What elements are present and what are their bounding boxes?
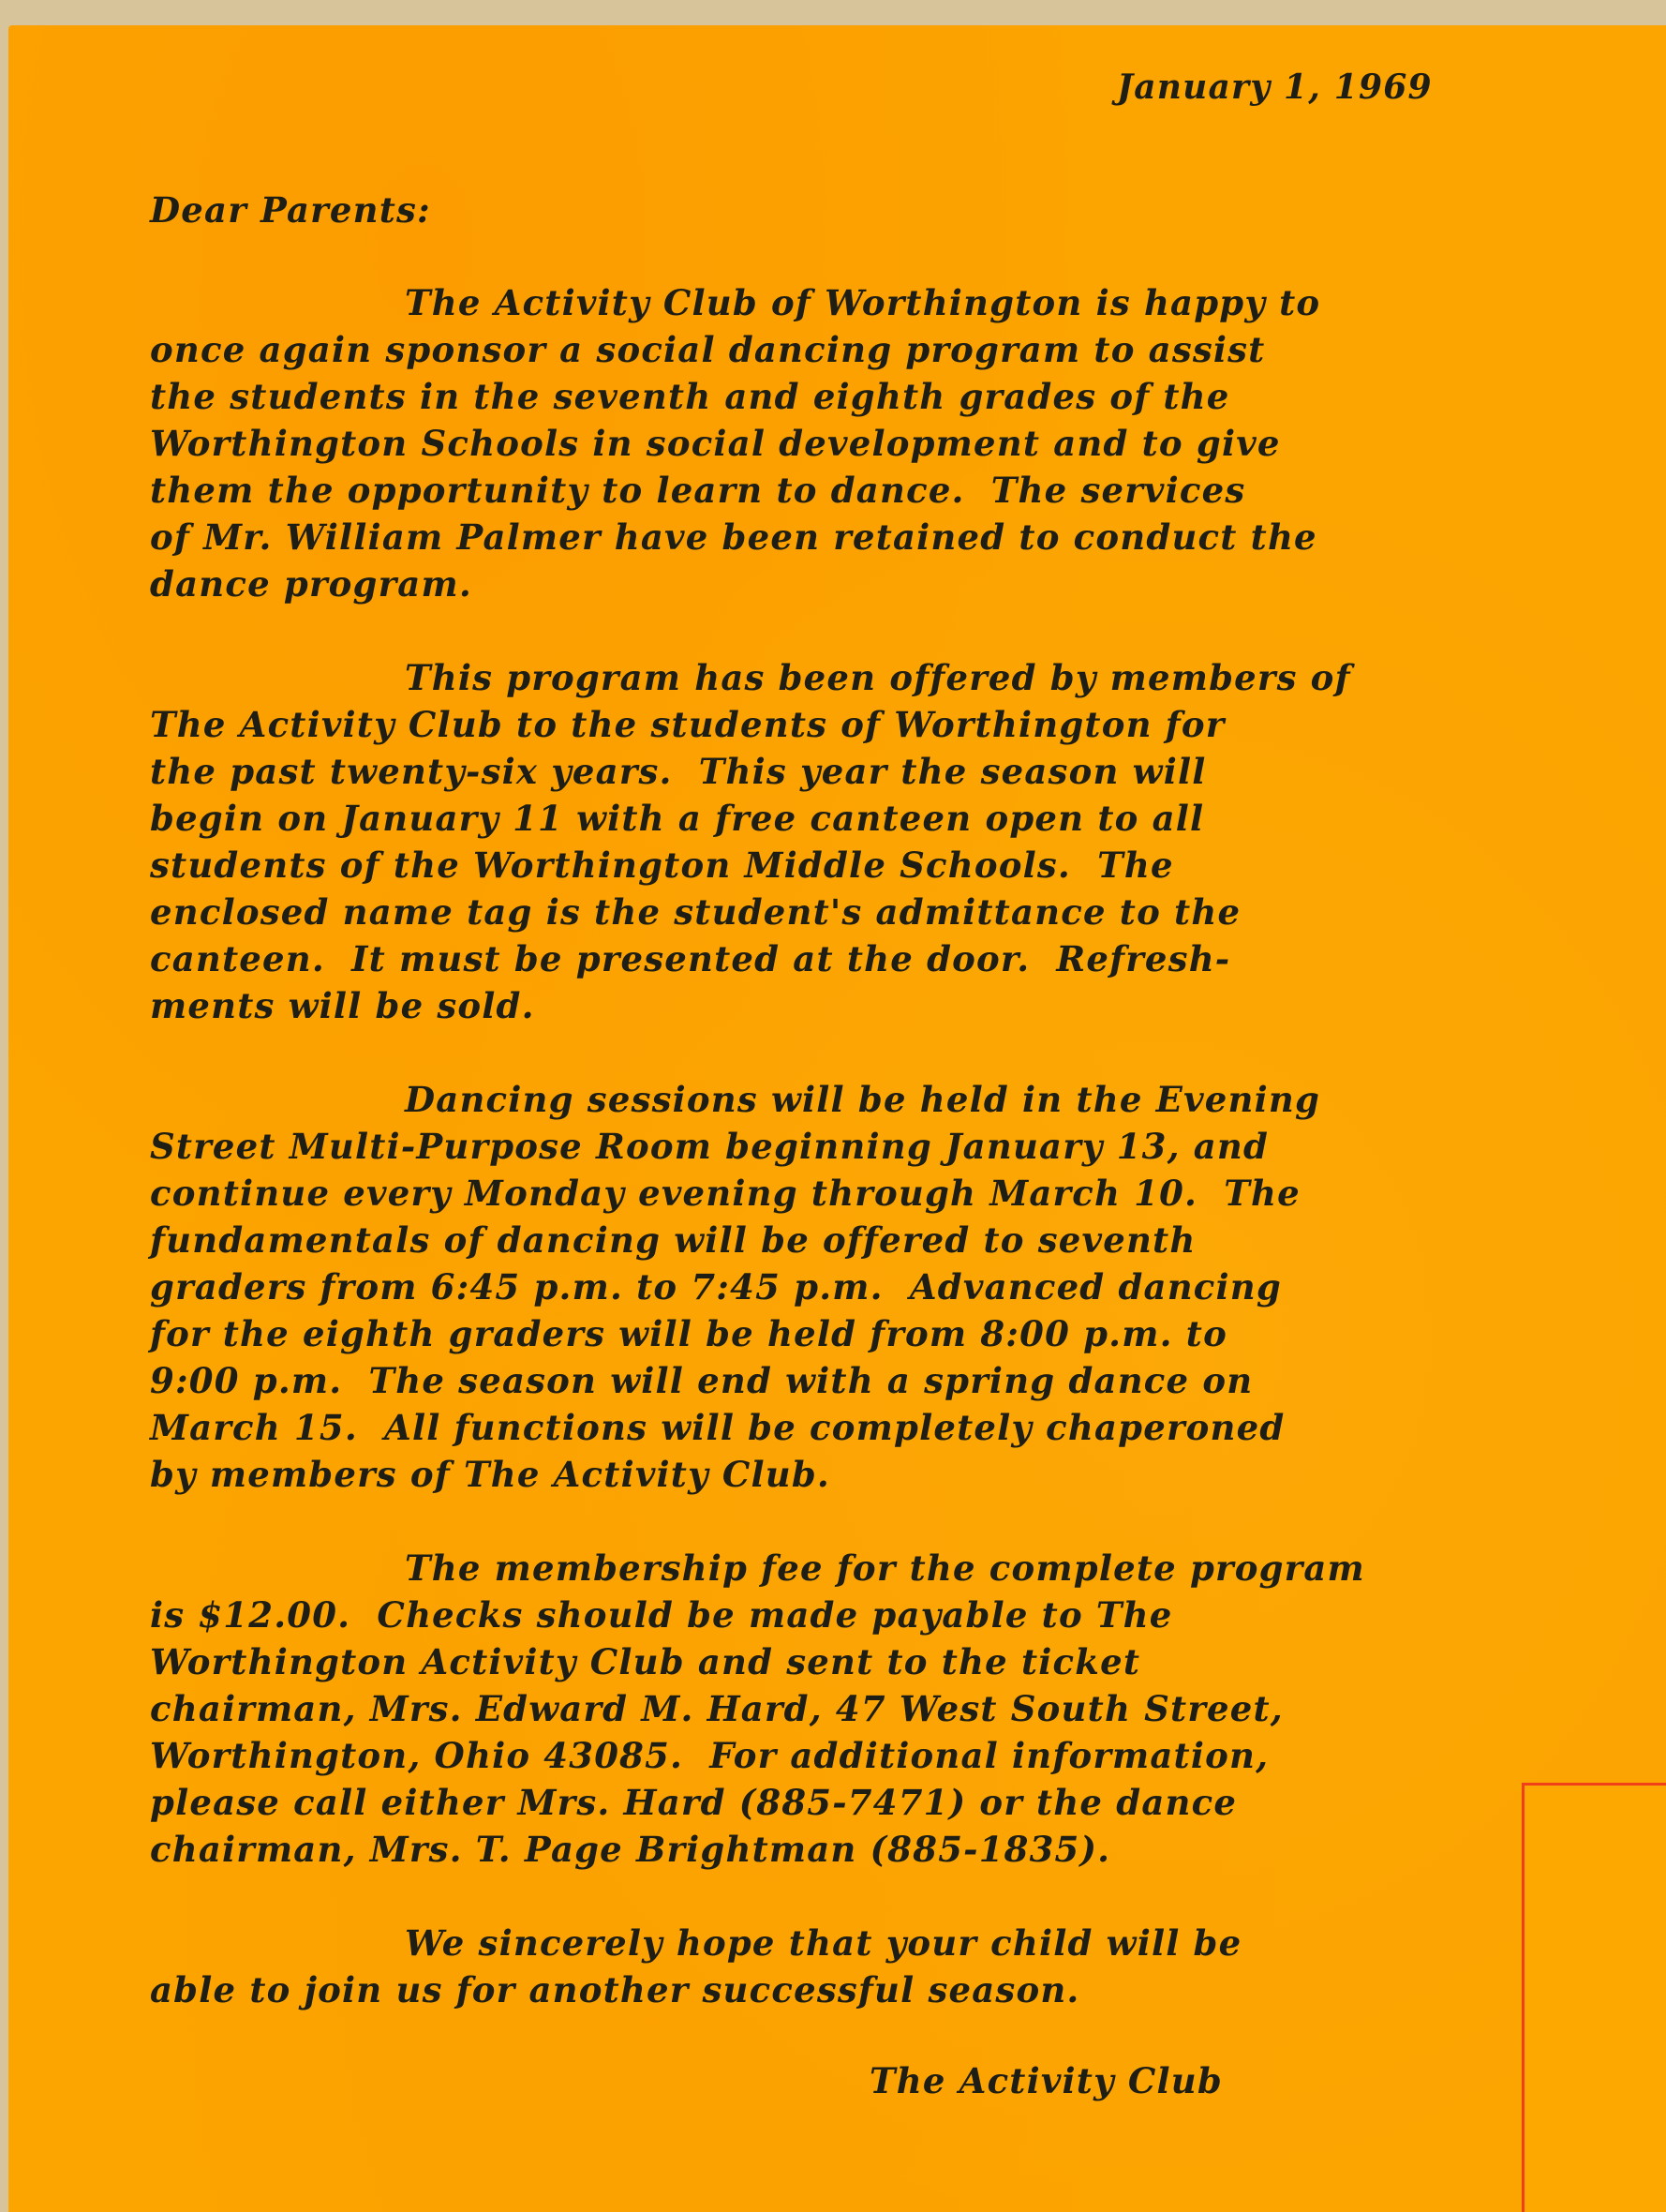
- paragraph-sponsorship: The Activity Club of Worthington is happ…: [150, 279, 1320, 607]
- text-line: This program has been offered by members…: [150, 654, 1351, 701]
- text-line: Street Multi-Purpose Room beginning Janu…: [150, 1123, 1320, 1170]
- text-line: students of the Worthington Middle Schoo…: [150, 842, 1351, 889]
- text-line: Worthington, Ohio 43085. For additional …: [150, 1732, 1365, 1779]
- text-line: 9:00 p.m. The season will end with a spr…: [150, 1357, 1320, 1404]
- text-line: continue every Monday evening through Ma…: [150, 1170, 1320, 1217]
- text-line: the past twenty-six years. This year the…: [150, 748, 1351, 795]
- text-line: please call either Mrs. Hard (885-7471) …: [150, 1779, 1365, 1826]
- attached-sheet-edge: [1522, 1783, 1666, 2212]
- text-line: dance program.: [150, 560, 1320, 607]
- text-line: once again sponsor a social dancing prog…: [150, 326, 1320, 373]
- text-line: chairman, Mrs. Edward M. Hard, 47 West S…: [150, 1685, 1365, 1732]
- paragraph-fees: The membership fee for the complete prog…: [150, 1545, 1365, 1873]
- text-line: for the eighth graders will be held from…: [150, 1310, 1320, 1357]
- text-line: Worthington Activity Club and sent to th…: [150, 1638, 1365, 1685]
- text-line: is $12.00. Checks should be made payable…: [150, 1592, 1365, 1638]
- signature: The Activity Club: [870, 2060, 1223, 2101]
- text-line: by members of The Activity Club.: [150, 1451, 1320, 1498]
- text-line: them the opportunity to learn to dance. …: [150, 467, 1320, 514]
- text-line: The Activity Club of Worthington is happ…: [150, 279, 1320, 326]
- letter-date: January 1, 1969: [1117, 67, 1433, 107]
- text-line: The Activity Club to the students of Wor…: [150, 701, 1351, 748]
- text-line: We sincerely hope that your child will b…: [150, 1920, 1242, 1966]
- text-line: begin on January 11 with a free canteen …: [150, 795, 1351, 842]
- text-line: canteen. It must be presented at the doo…: [150, 935, 1351, 982]
- salutation: Dear Parents:: [150, 189, 431, 231]
- text-line: able to join us for another successful s…: [150, 1966, 1242, 2013]
- text-line: of Mr. William Palmer have been retained…: [150, 514, 1320, 560]
- text-line: the students in the seventh and eighth g…: [150, 373, 1320, 420]
- text-line: chairman, Mrs. T. Page Brightman (885-18…: [150, 1826, 1365, 1873]
- text-line: graders from 6:45 p.m. to 7:45 p.m. Adva…: [150, 1263, 1320, 1310]
- text-line: March 15. All functions will be complete…: [150, 1404, 1320, 1451]
- paragraph-closing: We sincerely hope that your child will b…: [150, 1920, 1242, 2013]
- paragraph-schedule: Dancing sessions will be held in the Eve…: [150, 1076, 1320, 1498]
- text-line: ments will be sold.: [150, 982, 1351, 1029]
- text-line: The membership fee for the complete prog…: [150, 1545, 1365, 1592]
- paragraph-history: This program has been offered by members…: [150, 654, 1351, 1029]
- text-line: Dancing sessions will be held in the Eve…: [150, 1076, 1320, 1123]
- text-line: enclosed name tag is the student's admit…: [150, 889, 1351, 935]
- text-line: Worthington Schools in social developmen…: [150, 420, 1320, 467]
- text-line: fundamentals of dancing will be offered …: [150, 1217, 1320, 1263]
